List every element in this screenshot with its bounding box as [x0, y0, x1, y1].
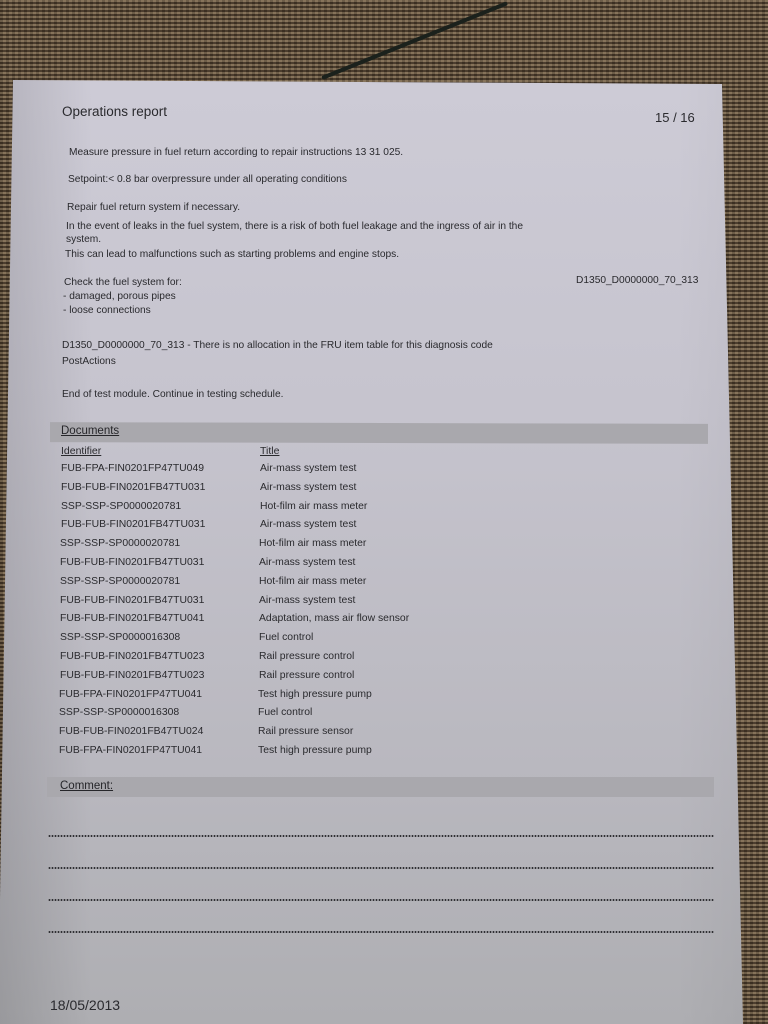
document-identifier: FUB-FUB-FIN0201FB47TU031 — [61, 519, 205, 530]
document-title: Adaptation, mass air flow sensor — [259, 613, 409, 624]
document-title: Hot-film air mass meter — [260, 501, 367, 512]
document-title: Hot-film air mass meter — [259, 538, 366, 549]
document-identifier: FUB-FPA-FIN0201FP47TU041 — [59, 745, 202, 756]
document-title: Air-mass system test — [260, 482, 356, 493]
check-item-pipes: - damaged, porous pipes — [63, 291, 176, 302]
end-of-module-line: End of test module. Continue in testing … — [62, 389, 283, 400]
report-title: Operations report — [62, 104, 167, 119]
postactions-label: PostActions — [62, 356, 116, 367]
documents-section-band — [50, 422, 708, 444]
comment-blank-line — [48, 899, 714, 901]
check-item-connections: - loose connections — [63, 305, 151, 316]
document-title: Rail pressure sensor — [258, 726, 353, 737]
comment-blank-line — [48, 835, 714, 837]
check-line: Check the fuel system for: — [64, 277, 182, 288]
repair-line: Repair fuel return system if necessary. — [67, 202, 240, 213]
document-identifier: FUB-FPA-FIN0201FP47TU041 — [59, 689, 202, 700]
column-header-title: Title — [260, 445, 279, 457]
document-identifier: SSP-SSP-SP0000020781 — [60, 576, 180, 587]
leak-warning-line-1: In the event of leaks in the fuel system… — [66, 221, 523, 232]
document-identifier: FUB-FUB-FIN0201FB47TU023 — [60, 670, 204, 681]
document-title: Air-mass system test — [259, 595, 355, 606]
document-identifier: FUB-FUB-FIN0201FB47TU031 — [60, 557, 204, 568]
document-title: Test high pressure pump — [258, 745, 372, 756]
document-identifier: SSP-SSP-SP0000016308 — [60, 632, 180, 643]
comment-section-band — [47, 777, 714, 797]
column-header-identifier: Identifier — [61, 445, 101, 457]
comment-blank-line — [48, 931, 714, 933]
document-title: Fuel control — [258, 707, 312, 718]
setpoint-line: Setpoint:< 0.8 bar overpressure under al… — [68, 174, 347, 185]
document-identifier: FUB-FUB-FIN0201FB47TU031 — [60, 595, 204, 606]
diagnosis-code: D1350_D0000000_70_313 — [576, 275, 698, 286]
malfunction-line: This can lead to malfunctions such as st… — [65, 249, 399, 260]
footer-date: 18/05/2013 — [50, 997, 120, 1013]
cable — [321, 1, 508, 80]
comment-section-title: Comment: — [60, 780, 113, 792]
document-title: Air-mass system test — [260, 463, 356, 474]
document-title: Air-mass system test — [260, 519, 356, 530]
document-title: Rail pressure control — [259, 651, 354, 662]
document-identifier: SSP-SSP-SP0000016308 — [59, 707, 179, 718]
document-title: Hot-film air mass meter — [259, 576, 366, 587]
instruction-line: Measure pressure in fuel return accordin… — [69, 147, 403, 158]
leak-warning-line-2: system. — [66, 234, 101, 245]
document-title: Fuel control — [259, 632, 313, 643]
document-identifier: FUB-FUB-FIN0201FB47TU041 — [60, 613, 204, 624]
document-identifier: FUB-FUB-FIN0201FB47TU023 — [60, 651, 204, 662]
document-title: Test high pressure pump — [258, 689, 372, 700]
document-identifier: SSP-SSP-SP0000020781 — [60, 538, 180, 549]
document-title: Rail pressure control — [259, 670, 354, 681]
document-identifier: FUB-FPA-FIN0201FP47TU049 — [61, 463, 204, 474]
fru-note-line: D1350_D0000000_70_313 - There is no allo… — [62, 340, 493, 351]
document-title: Air-mass system test — [259, 557, 355, 568]
documents-section-title: Documents — [61, 425, 119, 437]
document-identifier: FUB-FUB-FIN0201FB47TU031 — [61, 482, 205, 493]
page-number: 15 / 16 — [655, 110, 695, 125]
document-identifier: FUB-FUB-FIN0201FB47TU024 — [59, 726, 203, 737]
document-identifier: SSP-SSP-SP0000020781 — [61, 501, 181, 512]
comment-blank-line — [48, 867, 714, 869]
